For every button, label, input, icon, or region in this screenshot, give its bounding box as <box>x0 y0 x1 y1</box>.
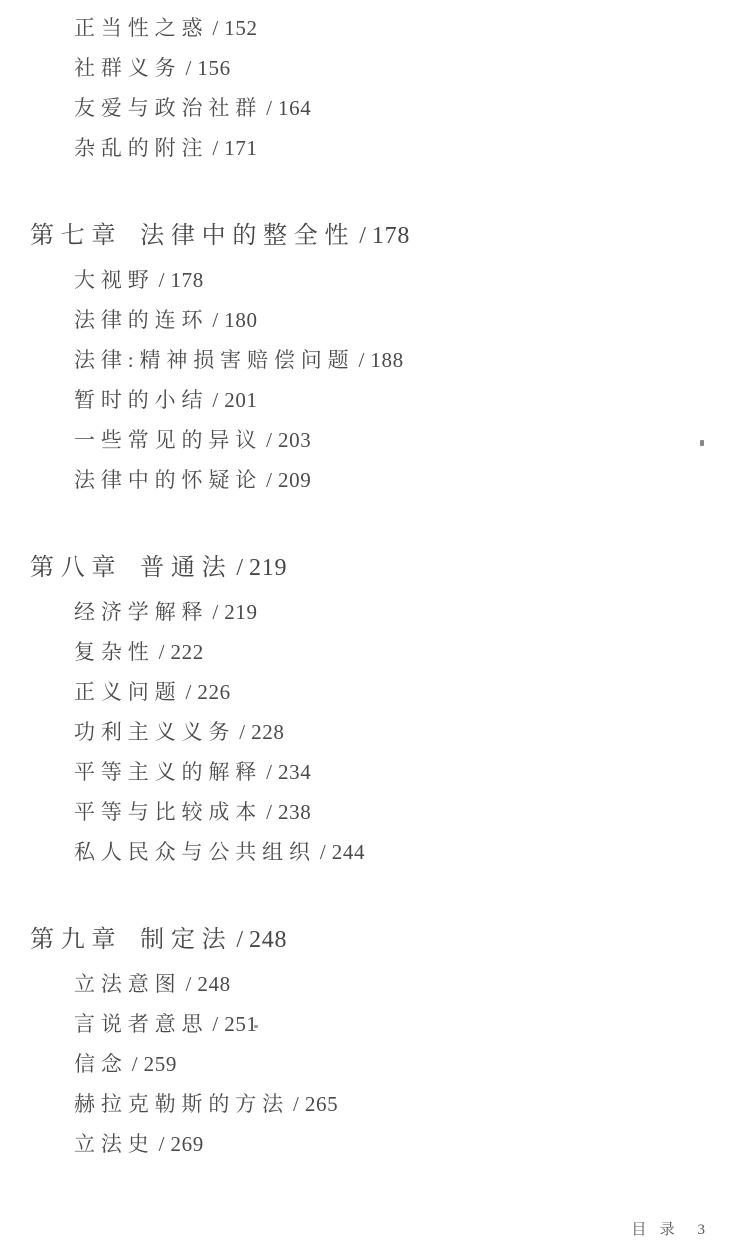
toc-chapter-title: 普通法 <box>140 555 232 581</box>
scan-speck <box>254 1025 258 1028</box>
toc-entry-page: 209 <box>278 468 311 492</box>
toc-entry: 正义问题/226 <box>0 672 744 712</box>
toc-entry-separator: / <box>239 720 245 744</box>
toc-entry-page: 171 <box>224 136 257 160</box>
toc-entry-page: 238 <box>278 800 311 824</box>
toc-entry-title: 平等与比较成本 <box>74 800 262 824</box>
toc-entry-separator: / <box>212 388 218 412</box>
toc-entry-page: 259 <box>144 1052 177 1076</box>
page-footer: 目 录3 <box>631 1218 705 1242</box>
toc-entry-title: 赫拉克勒斯的方法 <box>74 1092 289 1116</box>
toc-entry: 杂乱的附注/171 <box>0 128 744 168</box>
toc-entry: 大视野/178 <box>0 260 744 300</box>
toc-entry-page: 228 <box>251 720 284 744</box>
toc-entry: 功利主义义务/228 <box>0 712 744 752</box>
footer-section-label: 目 录 <box>631 1222 679 1238</box>
toc-entry-title: 立法意图 <box>74 972 182 996</box>
toc-entry-title: 法律:精神损害赔偿问题 <box>74 348 355 372</box>
toc-entry-title: 言说者意思 <box>74 1012 208 1036</box>
toc-entry-page: 226 <box>197 680 230 704</box>
toc-entry-separator: / <box>212 600 218 624</box>
toc-entry-title: 一些常见的异议 <box>74 428 262 452</box>
toc-chapter: 第八章普通法/219 <box>0 548 744 588</box>
toc-chapter-page: 248 <box>249 927 287 953</box>
toc-entry-page: 156 <box>197 56 230 80</box>
toc-entry-separator: / <box>186 680 192 704</box>
toc-entry-title: 法律中的怀疑论 <box>74 468 262 492</box>
toc-entry-page: 251 <box>224 1012 257 1036</box>
toc-entry-separator: / <box>320 840 326 864</box>
toc-entry-separator: / <box>359 348 365 372</box>
toc-chapter-number: 第七章 <box>30 223 122 249</box>
toc-entry: 友爱与政治社群/164 <box>0 88 744 128</box>
toc-entry-title: 功利主义义务 <box>74 720 235 744</box>
toc-entry-title: 经济学解释 <box>74 600 208 624</box>
toc-entry-title: 正当性之惑 <box>74 16 208 40</box>
toc-entry-page: 248 <box>197 972 230 996</box>
toc-list: 正当性之惑/152社群义务/156友爱与政治社群/164杂乱的附注/171第七章… <box>0 0 744 1164</box>
scan-speck <box>700 440 704 446</box>
toc-entry-page: 164 <box>278 96 311 120</box>
toc-entry-title: 法律的连环 <box>74 308 208 332</box>
toc-entry-page: 234 <box>278 760 311 784</box>
toc-entry-page: 269 <box>170 1132 203 1156</box>
toc-entry: 私人民众与公共组织/244 <box>0 832 744 872</box>
toc-entry-separator: / <box>266 800 272 824</box>
toc-entry-separator: / <box>132 1052 138 1076</box>
toc-entry-separator: / <box>212 136 218 160</box>
toc-entry: 赫拉克勒斯的方法/265 <box>0 1084 744 1124</box>
toc-entry-separator: / <box>159 1132 165 1156</box>
toc-entry-title: 大视野 <box>74 268 155 292</box>
toc-entry: 经济学解释/219 <box>0 592 744 632</box>
toc-entry-separator: / <box>293 1092 299 1116</box>
footer-page-number: 3 <box>698 1222 706 1238</box>
toc-entry: 平等主义的解释/234 <box>0 752 744 792</box>
toc-entry-page: 152 <box>224 16 257 40</box>
toc-entry: 信念/259 <box>0 1044 744 1084</box>
toc-entry: 一些常见的异议/203 <box>0 420 744 460</box>
toc-chapter-title: 法律中的整全性 <box>140 223 355 249</box>
toc-entry-page: 180 <box>224 308 257 332</box>
toc-chapter-page: 219 <box>249 555 287 581</box>
toc-entry-page: 178 <box>170 268 203 292</box>
toc-entry-separator: / <box>212 308 218 332</box>
toc-entry: 法律:精神损害赔偿问题/188 <box>0 340 744 380</box>
toc-chapter-separator: / <box>236 555 243 581</box>
toc-entry: 言说者意思/251 <box>0 1004 744 1044</box>
toc-chapter-title: 制定法 <box>140 927 232 953</box>
toc-entry-page: 244 <box>332 840 365 864</box>
toc-entry: 社群义务/156 <box>0 48 744 88</box>
toc-entry-title: 友爱与政治社群 <box>74 96 262 120</box>
toc-entry: 立法史/269 <box>0 1124 744 1164</box>
toc-entry-separator: / <box>266 760 272 784</box>
toc-entry: 正当性之惑/152 <box>0 8 744 48</box>
toc-entry: 法律中的怀疑论/209 <box>0 460 744 500</box>
toc-entry-title: 社群义务 <box>74 56 182 80</box>
toc-entry-separator: / <box>159 268 165 292</box>
toc-entry-page: 265 <box>305 1092 338 1116</box>
toc-entry-title: 暂时的小结 <box>74 388 208 412</box>
toc-entry-title: 杂乱的附注 <box>74 136 208 160</box>
toc-entry-title: 复杂性 <box>74 640 155 664</box>
toc-entry: 法律的连环/180 <box>0 300 744 340</box>
toc-entry: 暂时的小结/201 <box>0 380 744 420</box>
toc-entry-title: 私人民众与公共组织 <box>74 840 316 864</box>
toc-entry-separator: / <box>186 972 192 996</box>
toc-entry-title: 平等主义的解释 <box>74 760 262 784</box>
toc-entry-separator: / <box>159 640 165 664</box>
toc-entry-separator: / <box>266 96 272 120</box>
toc-entry-page: 203 <box>278 428 311 452</box>
toc-entry: 立法意图/248 <box>0 964 744 1004</box>
toc-chapter-number: 第八章 <box>30 555 122 581</box>
toc-chapter-page: 178 <box>372 223 410 249</box>
toc-chapter: 第九章制定法/248 <box>0 920 744 960</box>
toc-chapter-separator: / <box>236 927 243 953</box>
toc-entry-separator: / <box>186 56 192 80</box>
toc-entry-title: 信念 <box>74 1052 128 1076</box>
toc-entry-separator: / <box>212 1012 218 1036</box>
toc-entry: 平等与比较成本/238 <box>0 792 744 832</box>
toc-entry-separator: / <box>266 428 272 452</box>
toc-chapter-separator: / <box>359 223 366 249</box>
toc-entry-separator: / <box>266 468 272 492</box>
toc-entry-page: 222 <box>170 640 203 664</box>
toc-entry-page: 201 <box>224 388 257 412</box>
toc-chapter-number: 第九章 <box>30 927 122 953</box>
toc-entry-title: 正义问题 <box>74 680 182 704</box>
toc-chapter: 第七章法律中的整全性/178 <box>0 216 744 256</box>
toc-page: 正当性之惑/152社群义务/156友爱与政治社群/164杂乱的附注/171第七章… <box>0 0 744 1253</box>
toc-entry-page: 219 <box>224 600 257 624</box>
toc-entry-page: 188 <box>370 348 403 372</box>
toc-entry-title: 立法史 <box>74 1132 155 1156</box>
toc-entry: 复杂性/222 <box>0 632 744 672</box>
toc-entry-separator: / <box>212 16 218 40</box>
